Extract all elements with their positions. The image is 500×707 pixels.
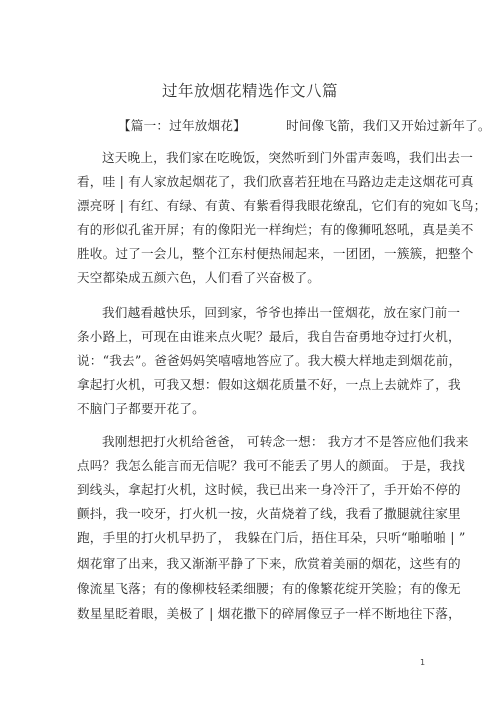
section-label: 【篇一：过年放烟花】 [118, 118, 246, 133]
paragraph-line: 条小路上，可现在由谁来点火呢？最后，我自告奋勇地夺过打火机， [77, 329, 422, 345]
page-number: 1 [420, 658, 425, 667]
paragraph-line: 不脑门子都要开花了。 [77, 401, 422, 417]
paragraph-line: 点吗？我怎么能言而无信呢？我可不能丢了男人的颜面。 于是，我找 [77, 458, 422, 474]
paragraph-line: 我们越看越快乐，回到家，爷爷也捧出一筐烟花，放在家门前一 [102, 305, 422, 321]
paragraph-line: 像流星飞落；有的像柳枝轻柔细腰；有的像繁花绽开笑脸；有的像无 [77, 581, 422, 597]
paragraph-line: 颤抖，我一咬牙，打火机一按，火苗烧着了线，我看了撒腿就往家里 [77, 506, 422, 522]
document-page: 过年放烟花精选作文八篇 【篇一：过年放烟花】时间像飞箭，我们又开始过新年了。 这… [0, 0, 500, 707]
document-title: 过年放烟花精选作文八篇 [0, 79, 500, 101]
paragraph-line: 到线头，拿起打火机，这时候，我已出来一身冷汗了，手开始不停的 [77, 482, 422, 498]
paragraph-line: 拿起打火机，可我又想：假如这烟花质量不好，一点上去就炸了，我 [77, 377, 422, 393]
paragraph-line: 胜收。过了一会儿，整个江东村便热闹起来，一团团，一簇簇，把整个 [77, 246, 422, 262]
paragraph-line: 数星星眨着眼，美极了 | 烟花撒下的碎屑像豆子一样不断地往下落， [77, 606, 422, 622]
paragraph-line: 有的形似孔雀开屏；有的像阳光一样绚烂；有的像狮吼怒吼，真是美不 [77, 222, 422, 238]
paragraph-line: 跑，手里的打火机早扔了， 我躲在门后，捂住耳朵，只听“啪啪啪 | ” [77, 530, 422, 546]
paragraph-line: 烟花窜了出来，我又渐渐平静了下来，欣赏着美丽的烟花，这些有的 [77, 556, 422, 572]
paragraph-line: 说：“我去”。爸爸妈妈笑嘻嘻地答应了。我大模大样地走到烟花前， [77, 353, 422, 369]
paragraph-line: 天空都染成五颜六色，人们看了兴奋极了。 [77, 270, 422, 286]
paragraph-line: 漂亮呀 | 有红、有绿、有黄、有紫看得我眼花缭乱，它们有的宛如飞鸟； [77, 198, 422, 214]
paragraph-line: 看，哇 | 有人家放起烟花了，我们欣喜若狂地在马路边走走这烟花可真 [77, 174, 422, 190]
section-intro: 时间像飞箭，我们又开始过新年了。 [286, 118, 491, 133]
section-heading: 【篇一：过年放烟花】时间像飞箭，我们又开始过新年了。 [118, 118, 428, 134]
paragraph-line: 我刚想把打火机给爸爸， 可转念一想： 我方才不是答应他们我来 [102, 434, 422, 450]
paragraph-line: 这天晚上，我们家在吃晚饭，突然听到门外雷声轰鸣，我们出去一 [102, 150, 422, 166]
